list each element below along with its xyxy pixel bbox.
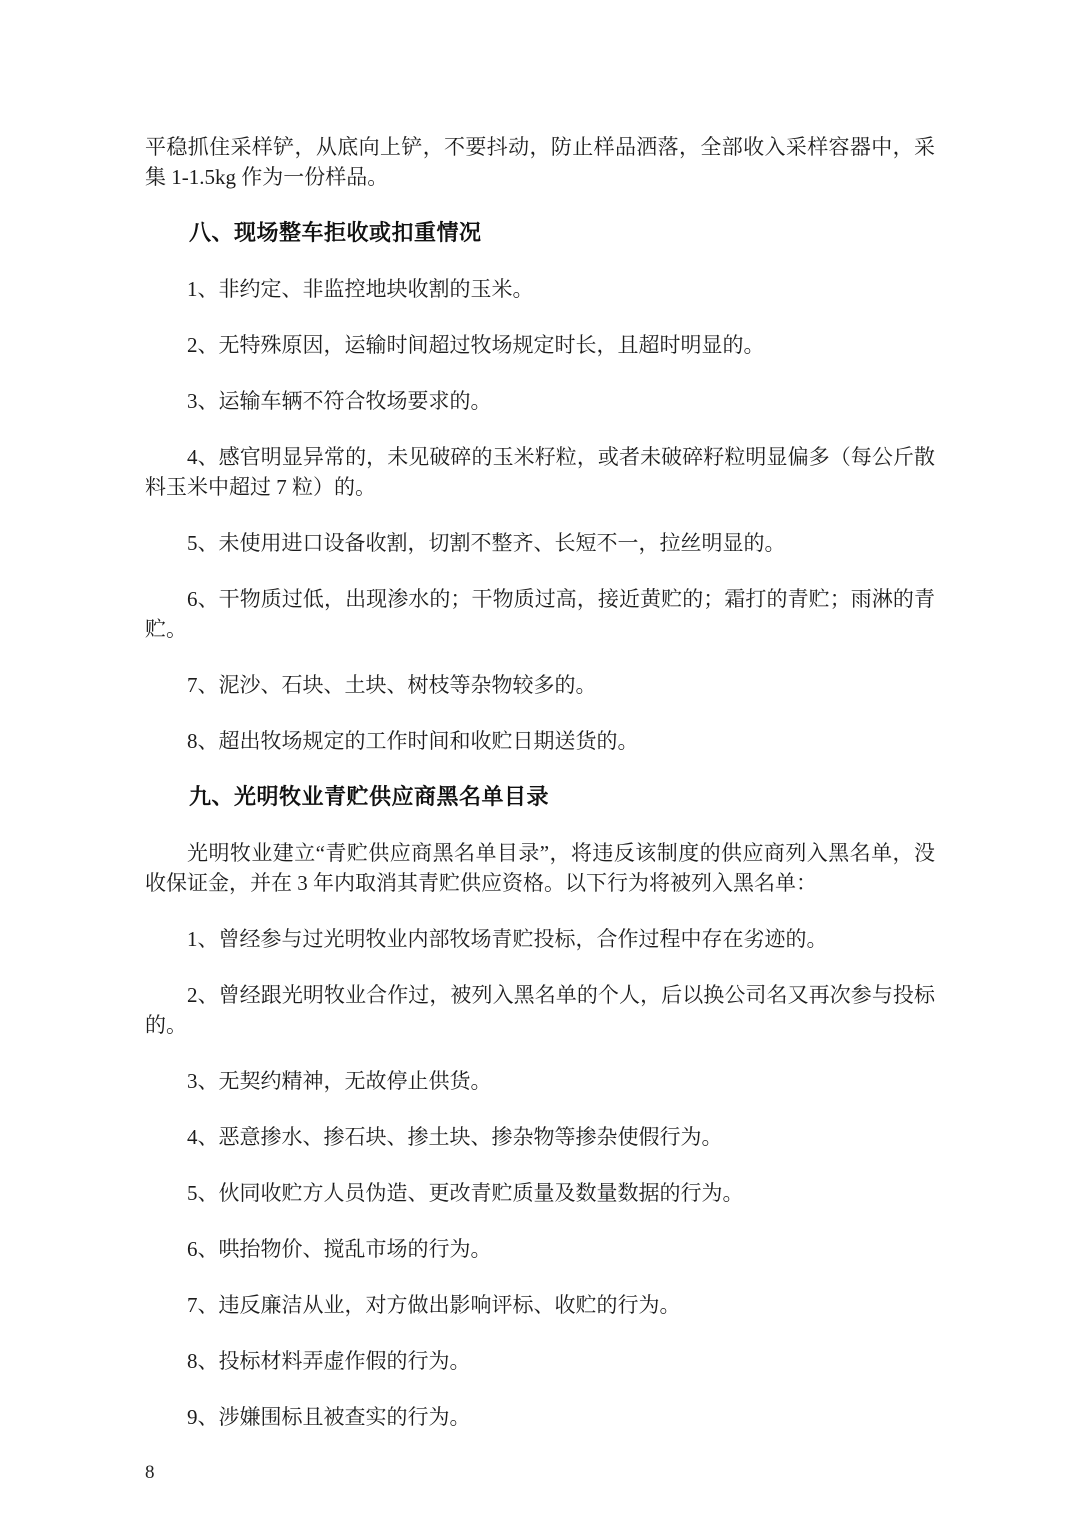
section-9-item: 1、曾经参与过光明牧业内部牧场青贮投标，合作过程中存在劣迹的。 (145, 924, 935, 954)
section-9-item: 2、曾经跟光明牧业合作过，被列入黑名单的个人，后以换公司名又再次参与投标的。 (145, 980, 935, 1040)
section-8-item: 3、运输车辆不符合牧场要求的。 (145, 386, 935, 416)
section-9-item: 3、无契约精神，无故停止供货。 (145, 1066, 935, 1096)
section-8-item: 7、泥沙、石块、土块、树枝等杂物较多的。 (145, 670, 935, 700)
section-8-item: 2、无特殊原因，运输时间超过牧场规定时长，且超时明显的。 (145, 330, 935, 360)
section-9-item: 4、恶意掺水、掺石块、掺土块、掺杂物等掺杂使假行为。 (145, 1122, 935, 1152)
section-8-item: 4、感官明显异常的，未见破碎的玉米籽粒，或者未破碎籽粒明显偏多（每公斤散料玉米中… (145, 442, 935, 502)
section-9-intro: 光明牧业建立“青贮供应商黑名单目录”，将违反该制度的供应商列入黑名单，没收保证金… (145, 838, 935, 898)
section-9-item: 5、伙同收贮方人员伪造、更改青贮质量及数量数据的行为。 (145, 1178, 935, 1208)
section-9-heading: 九、光明牧业青贮供应商黑名单目录 (145, 782, 935, 812)
document-body: 平稳抓住采样铲，从底向上铲，不要抖动，防止样品洒落，全部收入采样容器中，采集 1… (145, 132, 935, 1488)
section-8-item: 5、未使用进口设备收割，切割不整齐、长短不一，拉丝明显的。 (145, 528, 935, 558)
section-8-item: 8、超出牧场规定的工作时间和收贮日期送货的。 (145, 726, 935, 756)
page-number: 8 (145, 1458, 935, 1488)
section-9-item: 9、涉嫌围标且被查实的行为。 (145, 1402, 935, 1432)
section-9-item: 7、违反廉洁从业，对方做出影响评标、收贮的行为。 (145, 1290, 935, 1320)
lead-paragraph: 平稳抓住采样铲，从底向上铲，不要抖动，防止样品洒落，全部收入采样容器中，采集 1… (145, 132, 935, 192)
section-8-item: 1、非约定、非监控地块收割的玉米。 (145, 274, 935, 304)
document-page: 平稳抓住采样铲，从底向上铲，不要抖动，防止样品洒落，全部收入采样容器中，采集 1… (0, 0, 1080, 1527)
section-9-item: 6、哄抬物价、搅乱市场的行为。 (145, 1234, 935, 1264)
section-8-item: 6、干物质过低，出现渗水的；干物质过高，接近黄贮的；霜打的青贮；雨淋的青贮。 (145, 584, 935, 644)
section-8-heading: 八、现场整车拒收或扣重情况 (145, 218, 935, 248)
section-9-item: 8、投标材料弄虚作假的行为。 (145, 1346, 935, 1376)
